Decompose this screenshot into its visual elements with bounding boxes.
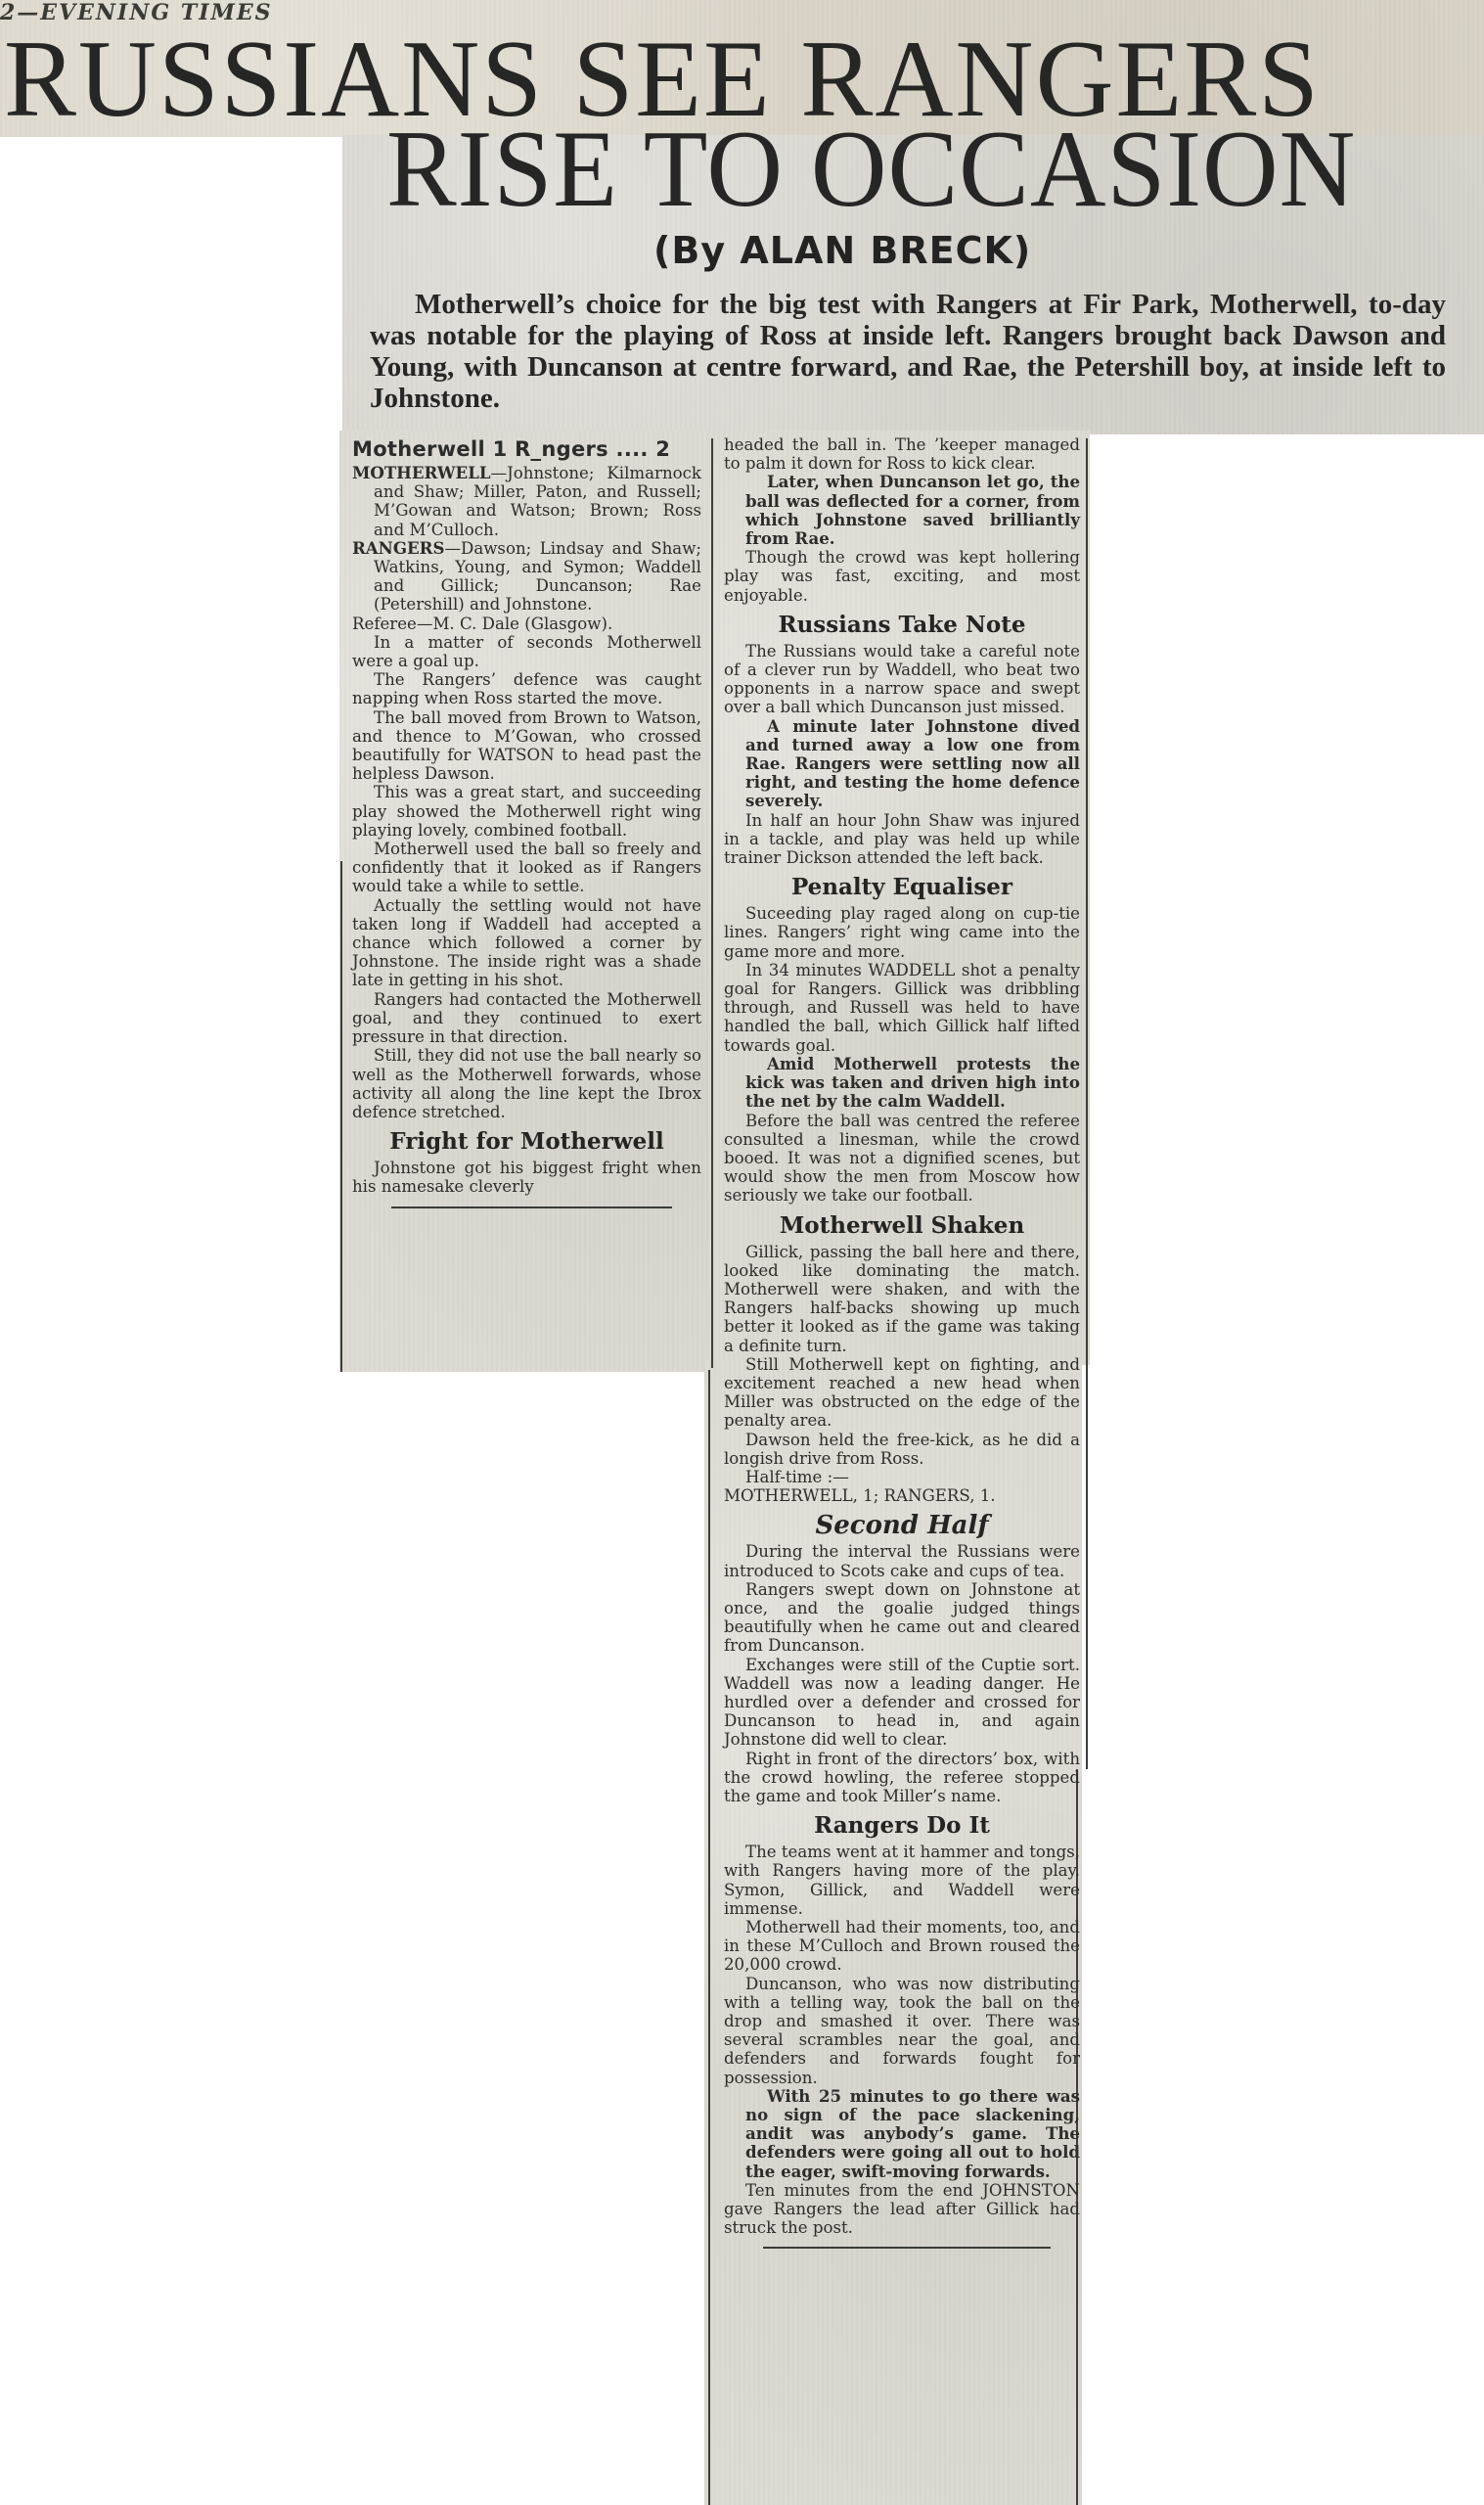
paragraph-bold: Later, when Duncanson let go, the ball w…	[724, 473, 1080, 548]
paragraph: In 34 minutes WADDELL shot a penalty goa…	[724, 961, 1080, 1055]
byline: (By ALAN BRECK)	[653, 229, 1031, 272]
paragraph: headed the ball in. The ’keeper managed …	[724, 435, 1080, 473]
paragraph: Though the crowd was kept hollering play…	[724, 548, 1080, 605]
column-rule	[711, 438, 713, 1368]
paragraph: Actually the settling would not have tak…	[352, 896, 701, 990]
paragraph: Before the ball was centred the referee …	[724, 1112, 1080, 1206]
paragraph: During the interval the Russians were in…	[724, 1542, 1080, 1579]
paragraph: The ball moved from Brown to Watson, and…	[352, 708, 701, 784]
subheading: Rangers Do It	[724, 1811, 1080, 1841]
paragraph: Exchanges were still of the Cuptie sort.…	[724, 1656, 1080, 1750]
paragraph: In half an hour John Shaw was injured in…	[724, 811, 1080, 868]
subheading: Russians Take Note	[724, 611, 1080, 640]
paragraph: In a matter of seconds Motherwell were a…	[352, 633, 701, 670]
paragraph: Still, they did not use the ball nearly …	[352, 1046, 701, 1121]
divider	[763, 2247, 1051, 2249]
scoreline: Motherwell 1 R_ngers .... 2	[352, 436, 701, 462]
paragraph: Motherwell used the ball so freely and c…	[352, 840, 701, 896]
headline-line-2: RISE TO OCCASION	[386, 115, 1438, 223]
paragraph: Rangers had contacted the Motherwell goa…	[352, 990, 701, 1047]
paragraph: Motherwell had their moments, too, and i…	[724, 1918, 1080, 1975]
paragraph: The Russians would take a careful note o…	[724, 642, 1080, 717]
team-lineup-motherwell: MOTHERWELL—Johnstone; Kilmarnock and Sha…	[352, 464, 701, 539]
subheading: Penalty Equaliser	[724, 873, 1080, 902]
paragraph: This was a great start, and succeeding p…	[352, 783, 701, 840]
team-name: RANGERS	[352, 538, 444, 558]
paragraph: Right in front of the directors’ box, wi…	[724, 1750, 1080, 1806]
column-rule	[1086, 438, 1088, 1769]
paragraph: Johnstone got his biggest fright when hi…	[352, 1159, 701, 1196]
paragraph: Rangers swept down on Johnstone at once,…	[724, 1580, 1080, 1656]
paragraph-bold: With 25 minutes to go there was no sign …	[724, 2087, 1080, 2181]
paragraph: The teams went at it hammer and tongs, w…	[724, 1843, 1080, 1918]
halftime-score: MOTHERWELL, 1; RANGERS, 1.	[724, 1486, 1080, 1505]
paragraph-bold: Amid Motherwell protests the kick was ta…	[724, 1055, 1080, 1112]
article-column-2: headed the ball in. The ’keeper managed …	[724, 435, 1080, 2249]
paragraph: The Rangers’ defence was caught napping …	[352, 670, 701, 707]
paragraph-bold: A minute later Johnstone dived and turne…	[724, 717, 1080, 811]
referee-line: Referee—M. C. Dale (Glasgow).	[352, 615, 701, 633]
paragraph: Dawson held the free-kick, as he did a l…	[724, 1431, 1080, 1468]
paragraph: Still Motherwell kept on fighting, and e…	[724, 1355, 1080, 1431]
article-column-1: Motherwell 1 R_ngers .... 2 MOTHERWELL—J…	[352, 431, 701, 1208]
subheading: Fright for Motherwell	[352, 1127, 701, 1157]
column-rule	[340, 861, 342, 1372]
paragraph: Suceeding play raged along on cup-tie li…	[724, 904, 1080, 961]
paragraph: Ten minutes from the end JOHNSTON gave R…	[724, 2181, 1080, 2238]
paragraph: Duncanson, who was now distributing with…	[724, 1975, 1080, 2087]
column-rule	[708, 1370, 710, 2505]
halftime-label: Half-time :—	[724, 1468, 1080, 1486]
subheading: Motherwell Shaken	[724, 1211, 1080, 1241]
team-lineup-rangers: RANGERS—Dawson; Lindsay and Shaw; Watkin…	[352, 539, 701, 615]
team-name: MOTHERWELL	[352, 463, 491, 482]
paragraph: Gillick, passing the ball here and there…	[724, 1243, 1080, 1355]
divider	[391, 1207, 672, 1208]
standfirst: Motherwell’s choice for the big test wit…	[370, 289, 1446, 414]
subheading: Second Half	[724, 1511, 1080, 1540]
